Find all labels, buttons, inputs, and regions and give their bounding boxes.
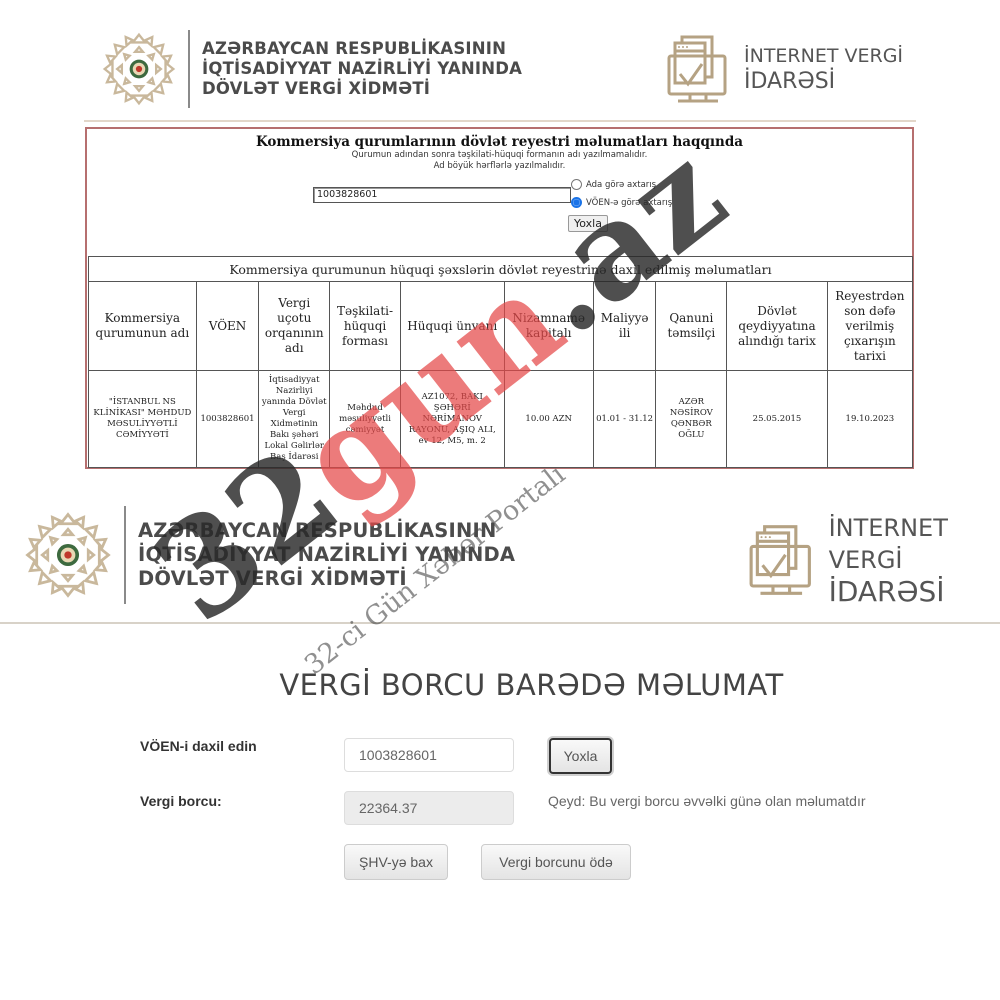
radio-search-by-voen[interactable]: VÖEN-ə görə axtarış: [571, 197, 672, 208]
portal-name: İNTERNET VERGİ İDARƏSİ: [829, 512, 1000, 608]
header-underline: [84, 120, 916, 122]
cell-legal-representative: AZƏR NƏSİROV QƏNBƏR OĞLU: [656, 371, 727, 468]
cell-capital: 10.00 AZN: [504, 371, 593, 468]
registry-check-button[interactable]: Yoxla: [568, 215, 608, 232]
tax-debt-title: VERGİ BORCU BARƏDƏ MƏLUMAT: [0, 668, 1000, 702]
state-emblem-icon: [100, 30, 178, 108]
header-underline-2: [0, 622, 1000, 624]
header-divider: [124, 506, 126, 604]
portal-name: İNTERNET VERGİ İDARƏSİ: [744, 43, 903, 95]
registry-search-input[interactable]: 1003828601: [313, 187, 571, 203]
state-emblem-icon: [22, 509, 114, 601]
portal-line-1: İNTERNET VERGİ: [829, 512, 1000, 576]
radio-search-by-name[interactable]: Ada görə axtarış: [571, 179, 656, 190]
cell-voen: 1003828601: [196, 371, 259, 468]
debt-note: Qeyd: Bu vergi borcu əvvəlki günə olan m…: [548, 793, 866, 809]
portal-line-1: İNTERNET VERGİ: [744, 43, 903, 69]
cell-legal-form: Məhdud məsuliyyətli cəmiyyət: [330, 371, 401, 468]
col-header: Nizamnamə kapitalı: [504, 282, 593, 371]
col-header: Vergi uçotu orqanının adı: [259, 282, 330, 371]
cell-fiscal-year: 01.01 - 31.12: [593, 371, 656, 468]
check-debt-button[interactable]: Yoxla: [549, 738, 612, 774]
col-header: Kommersiya qurumunun adı: [89, 282, 197, 371]
organization-name: AZƏRBAYCAN RESPUBLİKASININ İQTİSADİYYAT …: [138, 519, 515, 591]
radio-selected-icon[interactable]: [571, 197, 582, 208]
registry-note-1: Qurumun adından sonra təşkilati-hüquqi f…: [87, 150, 912, 161]
portal-line-2: İDARƏSİ: [829, 576, 1000, 608]
cell-legal-address: AZ1072, BAKI ŞƏHƏRİ NƏRİMANOV RAYONU, AŞ…: [400, 371, 504, 468]
cell-company-name: "İSTANBUL NS KLİNİKASI" MƏHDUD MƏSULİYYƏ…: [89, 371, 197, 468]
registry-title: Kommersiya qurumlarının dövlət reyestri …: [87, 134, 912, 150]
voen-label: VÖEN-i daxil edin: [140, 738, 257, 754]
cell-last-extract-date: 19.10.2023: [827, 371, 912, 468]
header-divider: [188, 30, 190, 108]
radio-label: VÖEN-ə görə axtarış: [586, 198, 672, 208]
internet-tax-office-logo[interactable]: İNTERNET VERGİ İDARƏSİ: [666, 34, 903, 104]
col-header: Qanuni təmsilçi: [656, 282, 727, 371]
debt-label: Vergi borcu:: [140, 793, 222, 809]
voen-input[interactable]: 1003828601: [344, 738, 514, 772]
debt-amount-field: 22364.37: [344, 791, 514, 825]
registry-panel: Kommersiya qurumlarının dövlət reyestri …: [85, 127, 914, 469]
org-line-1: AZƏRBAYCAN RESPUBLİKASININ: [138, 519, 515, 543]
table-row: "İSTANBUL NS KLİNİKASI" MƏHDUD MƏSULİYYƏ…: [89, 371, 913, 468]
col-header: Təşkilati-hüquqi forması: [330, 282, 401, 371]
org-line-2: İQTİSADİYYAT NAZİRLİYİ YANINDA: [202, 59, 522, 79]
tax-service-header: AZƏRBAYCAN RESPUBLİKASININ İQTİSADİYYAT …: [100, 28, 522, 110]
monitor-checkmark-icon: [748, 516, 815, 604]
pay-debt-button[interactable]: Vergi borcunu ödə: [481, 844, 631, 880]
col-header: Hüquqi ünvanı: [400, 282, 504, 371]
view-shv-button[interactable]: ŞHV-yə bax: [344, 844, 448, 880]
table-caption: Kommersiya qurumunun hüquqi şəxslərin dö…: [89, 257, 913, 282]
table-header-row: Kommersiya qurumunun adı VÖEN Vergi uçot…: [89, 282, 913, 371]
org-line-3: DÖVLƏT VERGİ XİDMƏTİ: [202, 79, 522, 99]
portal-line-2: İDARƏSİ: [744, 69, 903, 95]
cell-registration-date: 25.05.2015: [727, 371, 828, 468]
organization-name: AZƏRBAYCAN RESPUBLİKASININ İQTİSADİYYAT …: [202, 39, 522, 99]
radio-label: Ada görə axtarış: [586, 180, 656, 190]
org-line-1: AZƏRBAYCAN RESPUBLİKASININ: [202, 39, 522, 59]
org-line-3: DÖVLƏT VERGİ XİDMƏTİ: [138, 567, 515, 591]
registry-note-2: Ad böyük hərflərlə yazılmalıdır.: [87, 161, 912, 172]
registry-table: Kommersiya qurumunun hüquqi şəxslərin dö…: [88, 256, 913, 468]
col-header: VÖEN: [196, 282, 259, 371]
col-header: Maliyyə ili: [593, 282, 656, 371]
tax-service-header-2: AZƏRBAYCAN RESPUBLİKASININ İQTİSADİYYAT …: [22, 506, 515, 604]
org-line-2: İQTİSADİYYAT NAZİRLİYİ YANINDA: [138, 543, 515, 567]
col-header: Reyestrdən son dəfə verilmiş çıxarışın t…: [827, 282, 912, 371]
radio-unselected-icon[interactable]: [571, 179, 582, 190]
col-header: Dövlət qeydiyyatına alındığı tarix: [727, 282, 828, 371]
monitor-checkmark-icon: [666, 34, 730, 104]
internet-tax-office-logo-2[interactable]: İNTERNET VERGİ İDARƏSİ: [748, 512, 1000, 608]
cell-tax-authority: İqtisadiyyat Nazirliyi yanında Dövlət Ve…: [259, 371, 330, 468]
